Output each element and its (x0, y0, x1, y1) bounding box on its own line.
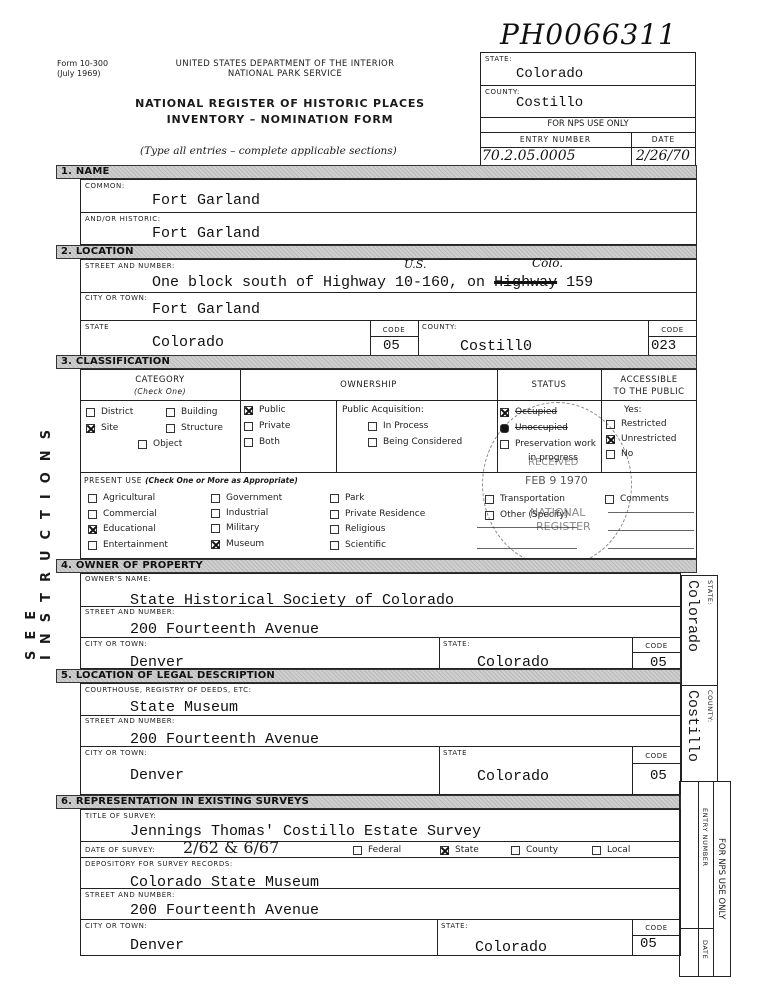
checkbox-checked-icon (440, 846, 449, 855)
entry-number-label: ENTRY NUMBER (480, 135, 631, 144)
section-legal-heading: 5. LOCATION OF LEGAL DESCRIPTION (56, 669, 681, 683)
checkbox-in-process[interactable]: In Process (368, 421, 428, 431)
state-value: Colorado (152, 334, 224, 351)
legal-city-label: CITY OR TOWN: (85, 749, 147, 757)
survey-date-value: 2/62 & 6/67 (183, 838, 279, 857)
historic-name-label: AND/OR HISTORIC: (85, 215, 161, 223)
survey-code-value: 05 (640, 936, 657, 952)
checkbox-box (88, 510, 97, 519)
nps-state-value: Colorado (516, 66, 583, 82)
checkbox-box (211, 509, 220, 518)
checkbox-box (244, 438, 253, 447)
owner-state-label: STATE: (443, 640, 470, 648)
entry-number-value: 70.2.05.0005 (482, 148, 576, 164)
legal-code-label: CODE (632, 752, 681, 760)
date-label: DATE (631, 135, 696, 144)
survey-state-label: STATE: (441, 922, 468, 930)
form-title: NATIONAL REGISTER OF HISTORIC PLACES INV… (120, 96, 440, 128)
checkbox-checked-icon (500, 408, 509, 417)
checkbox-site[interactable]: Site (86, 423, 118, 433)
depository-value: Colorado State Museum (130, 874, 319, 891)
checkbox-private-residence[interactable]: Private Residence (330, 509, 425, 519)
checkbox-entertainment[interactable]: Entertainment (88, 540, 168, 550)
city-label: CITY OR TOWN: (85, 294, 147, 302)
street-value: One block south of Highway 10-160, on Hi… (152, 274, 593, 291)
section-classification-heading: 3. CLASSIFICATION (56, 355, 697, 369)
stamp-received: RECEIVED (528, 457, 578, 468)
checkbox-box (211, 524, 220, 533)
checkbox-both[interactable]: Both (244, 437, 280, 447)
checkbox-box (211, 494, 220, 503)
owner-city-label: CITY OR TOWN: (85, 640, 147, 648)
survey-date-label: DATE OF SURVEY: (85, 846, 155, 854)
section-name-heading: 1. NAME (56, 165, 697, 179)
checkbox-restricted[interactable]: Restricted (606, 419, 667, 429)
checkbox-checked-icon (244, 406, 253, 415)
nps-county-label: COUNTY: (485, 88, 520, 96)
checkbox-box (166, 424, 175, 433)
state-code-label: CODE (370, 326, 418, 334)
survey-state-value: Colorado (475, 939, 547, 956)
owner-street-label: STREET AND NUMBER: (85, 608, 175, 616)
checkbox-county[interactable]: County (511, 845, 558, 855)
survey-title-label: TITLE OF SURVEY: (85, 812, 157, 820)
survey-street-label: STREET AND NUMBER: (85, 891, 175, 899)
owner-name-label: OWNER'S NAME: (85, 575, 151, 583)
street-annotation-colo: Colo. (532, 256, 563, 270)
nps-county-value: Costillo (516, 95, 583, 111)
checkbox-building[interactable]: Building (166, 407, 218, 417)
checkbox-box (86, 408, 95, 417)
owner-code-label: CODE (632, 642, 681, 650)
checkbox-checked-icon (88, 525, 97, 534)
see-instructions-side-text: SEE INSTRUCTIONS (24, 380, 54, 660)
section-owner-heading: 4. OWNER OF PROPERTY (56, 559, 697, 573)
checkbox-box (88, 494, 97, 503)
stamp-register: REGISTER (536, 520, 591, 533)
street-annotation-us: U.S. (404, 258, 426, 271)
checkbox-box (368, 438, 377, 447)
checkbox-park[interactable]: Park (330, 493, 364, 503)
margin-state-label: STATE: (706, 580, 714, 605)
common-name-value: Fort Garland (152, 192, 260, 209)
margin-county-value: Costillo (684, 690, 701, 762)
checkbox-box (166, 408, 175, 417)
accessible-header: ACCESSIBLE TO THE PUBLIC (601, 374, 697, 398)
county-value: Costill0 (460, 338, 532, 355)
margin-nps-use-only: FOR NPS USE ONLY (716, 838, 726, 919)
checkbox-box (511, 846, 520, 855)
checkbox-box (244, 422, 253, 431)
checkbox-scientific[interactable]: Scientific (330, 540, 386, 550)
checkbox-government[interactable]: Government (211, 493, 282, 503)
checkbox-military[interactable]: Military (211, 523, 259, 533)
state-label: STATE (85, 323, 109, 331)
stamp-national: NATIONAL (530, 506, 585, 519)
courthouse-label: COURTHOUSE, REGISTRY OF DEEDS, ETC: (85, 686, 252, 694)
historic-name-value: Fort Garland (152, 225, 260, 242)
struck-word: Highway (494, 274, 557, 291)
checkbox-structure[interactable]: Structure (166, 423, 223, 433)
courthouse-value: State Museum (130, 699, 238, 716)
margin-entry-number-label: ENTRY NUMBER (701, 808, 709, 867)
margin-state-value: Colorado (684, 580, 701, 652)
margin-date-label: DATE (701, 940, 709, 959)
survey-city-label: CITY OR TOWN: (85, 922, 147, 930)
nps-use-only-label: FOR NPS USE ONLY (480, 119, 696, 129)
category-header: CATEGORY (Check One) (80, 374, 240, 398)
checkbox-public[interactable]: Public (244, 405, 286, 415)
checkbox-local[interactable]: Local (592, 845, 630, 855)
checkbox-object[interactable]: Object (138, 439, 182, 449)
checkbox-box (368, 422, 377, 431)
checkbox-box (592, 846, 601, 855)
checkbox-religious[interactable]: Religious (330, 524, 386, 534)
handwritten-id: PH0066311 (500, 18, 677, 51)
county-label: COUNTY: (422, 323, 457, 331)
margin-county-label: COUNTY: (706, 690, 714, 723)
nps-state-label: STATE: (485, 55, 512, 63)
checkbox-district[interactable]: District (86, 407, 133, 417)
legal-street-label: STREET AND NUMBER: (85, 717, 175, 725)
checkbox-box (330, 541, 339, 550)
checkbox-box (330, 494, 339, 503)
public-acquisition-label: Public Acquisition: (342, 405, 424, 415)
ownership-header: OWNERSHIP (240, 380, 497, 390)
survey-city-value: Denver (130, 937, 184, 954)
checkbox-agricultural[interactable]: Agricultural (88, 493, 155, 503)
state-code-value: 05 (383, 338, 400, 354)
entry-date-value: 2/26/70 (636, 148, 690, 164)
form-instructions: (Type all entries – complete applicable … (140, 145, 397, 157)
street-label: STREET AND NUMBER: (85, 262, 175, 270)
owner-street-value: 200 Fourteenth Avenue (130, 621, 319, 638)
checkbox-checked-icon (86, 424, 95, 433)
department-header: UNITED STATES DEPARTMENT OF THE INTERIOR… (140, 59, 430, 79)
stamp-date: FEB 9 1970 (525, 474, 588, 487)
survey-code-label: CODE (632, 924, 681, 932)
status-header: STATUS (497, 380, 601, 390)
section-surveys-heading: 6. REPRESENTATION IN EXISTING SURVEYS (56, 795, 681, 809)
checkbox-being-considered[interactable]: Being Considered (368, 437, 462, 447)
legal-street-value: 200 Fourteenth Avenue (130, 731, 319, 748)
checkbox-checked-icon (211, 540, 220, 549)
form-number: Form 10-300 (July 1969) (57, 59, 108, 79)
checkbox-commercial[interactable]: Commercial (88, 509, 157, 519)
checkbox-box (353, 846, 362, 855)
checkbox-box (88, 541, 97, 550)
county-code-value: 023 (651, 338, 676, 354)
legal-code-value: 05 (650, 768, 667, 784)
legal-state-label: STATE (443, 749, 467, 757)
depository-label: DEPOSITORY FOR SURVEY RECORDS: (85, 860, 233, 868)
checkbox-box (330, 510, 339, 519)
checkbox-industrial[interactable]: Industrial (211, 508, 268, 518)
present-use-label: PRESENT USE (Check One or More as Approp… (84, 476, 298, 485)
checkbox-private[interactable]: Private (244, 421, 290, 431)
survey-street-value: 200 Fourteenth Avenue (130, 902, 319, 919)
checkbox-museum[interactable]: Museum (211, 539, 264, 549)
checkbox-state[interactable]: State (440, 845, 479, 855)
legal-state-value: Colorado (477, 768, 549, 785)
owner-name-value: State Historical Society of Colorado (130, 592, 454, 609)
checkbox-educational[interactable]: Educational (88, 524, 156, 534)
city-value: Fort Garland (152, 301, 260, 318)
checkbox-federal[interactable]: Federal (353, 845, 401, 855)
county-code-label: CODE (648, 326, 697, 334)
section-location-heading: 2. LOCATION (56, 245, 697, 259)
checkbox-box (330, 525, 339, 534)
legal-city-value: Denver (130, 767, 184, 784)
checkbox-box (138, 440, 147, 449)
common-name-label: COMMON: (85, 182, 125, 190)
accessible-yes-label: Yes: (624, 405, 642, 415)
